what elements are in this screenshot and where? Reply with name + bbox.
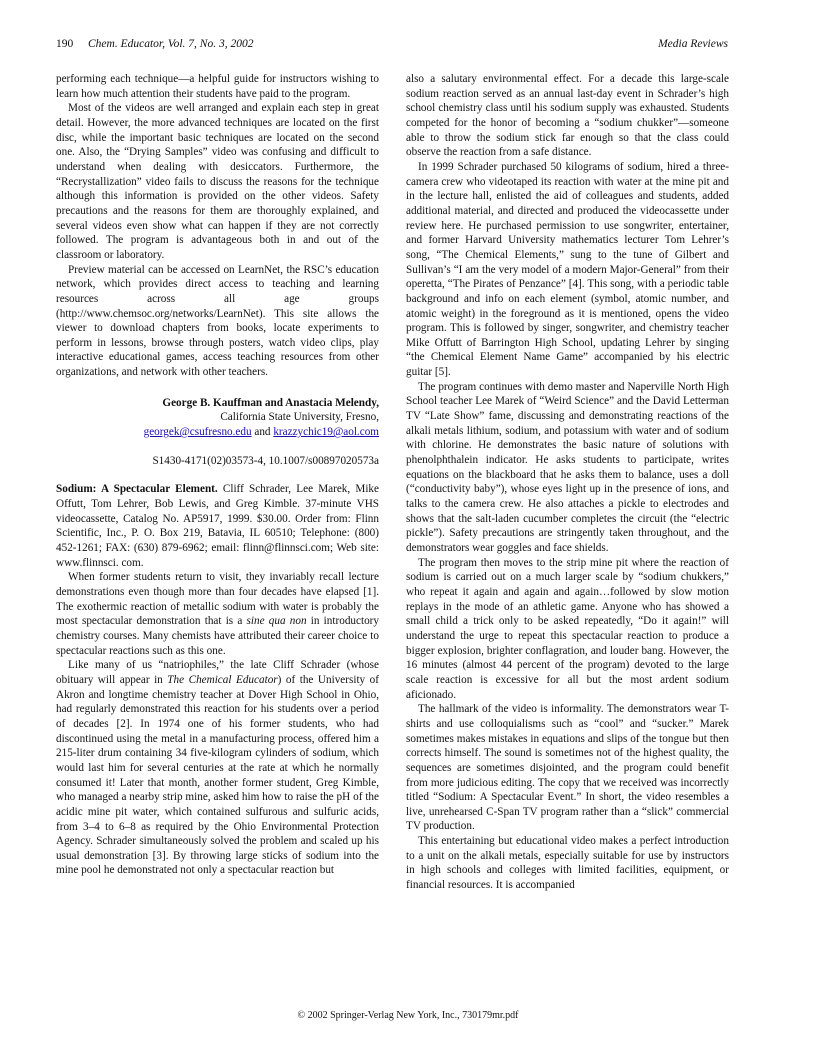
review-details: Cliff Schrader, Lee Marek, Mike Offutt, …: [56, 483, 379, 568]
and-text: and: [252, 426, 274, 438]
review-signature: George B. Kauffman and Anastacia Melendy…: [56, 396, 379, 440]
reviewer-affiliation: California State University, Fresno,: [56, 410, 379, 425]
paragraph: Preview material can be accessed on Lear…: [56, 263, 379, 380]
review-citation: Sodium: A Spectacular Element. Cliff Sch…: [56, 482, 379, 570]
review-title: Sodium: A Spectacular Element.: [56, 483, 218, 495]
left-column: performing each technique—a helpful guid…: [56, 72, 379, 878]
right-column: also a salutary environmental effect. Fo…: [406, 72, 729, 893]
paragraph: This entertaining but educational video …: [406, 834, 729, 893]
italic-text: sine qua non: [247, 615, 307, 627]
paragraph: The program continues with demo master a…: [406, 380, 729, 556]
paragraph: In 1999 Schrader purchased 50 kilograms …: [406, 160, 729, 380]
paragraph: Most of the videos are well arranged and…: [56, 101, 379, 262]
email-link-melendy[interactable]: krazzychic19@aol.com: [273, 426, 379, 438]
paragraph: The program then moves to the strip mine…: [406, 556, 729, 703]
paragraph: performing each technique—a helpful guid…: [56, 72, 379, 101]
journal-citation: Chem. Educator, Vol. 7, No. 3, 2002: [88, 38, 253, 50]
paragraph: also a salutary environmental effect. Fo…: [406, 72, 729, 160]
page-header: 190 Chem. Educator, Vol. 7, No. 3, 2002 …: [56, 38, 728, 54]
email-link-kauffman[interactable]: georgek@csufresno.edu: [144, 426, 252, 438]
italic-text: The Chemical Educator: [167, 674, 277, 686]
section-title: Media Reviews: [658, 38, 728, 50]
doi-identifier: S1430-4171(02)03573-4, 10.1007/s00897020…: [56, 454, 379, 469]
paragraph: The hallmark of the video is informality…: [406, 702, 729, 834]
page-footer: © 2002 Springer-Verlag New York, Inc., 7…: [0, 1010, 816, 1021]
text-run: ) of the University of Akron and longtim…: [56, 674, 379, 877]
paragraph: Like many of us “natriophiles,” the late…: [56, 658, 379, 878]
paragraph: When former students return to visit, th…: [56, 570, 379, 658]
page-number: 190: [56, 38, 73, 50]
reviewer-names: George B. Kauffman and Anastacia Melendy…: [56, 396, 379, 411]
